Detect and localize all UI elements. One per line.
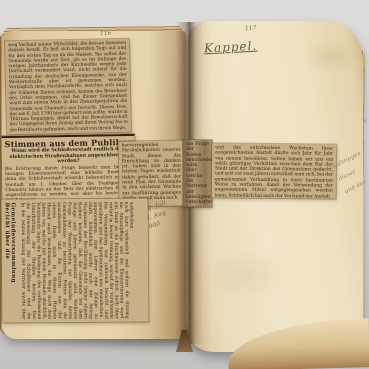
handwritten-heading-kappel: Kappel. — [204, 39, 258, 56]
clipping-fine-print: und das entschiedene Wachstum ihrer ausg… — [212, 143, 337, 198]
newspaper-clipping-stimmen: Stimmen aus dem Publikum. Wann wird die … — [1, 134, 135, 200]
gutter-fold-shadow — [183, 140, 212, 207]
newspaper-clipping-top-left: weg Verbaut seiner Mitschüler, die desse… — [5, 39, 131, 135]
photo-of-open-scrapbook: 116 weg Verbaut seiner Mitschüler, die d… — [0, 0, 369, 369]
clipping-vertical-fine-print: In der letzten Sitzung der Vertreter wur… — [2, 199, 147, 323]
clipping-body-text: Bei Erörterung dieser Frage bemerkt man … — [2, 164, 136, 200]
gutter-strip-clipping-fold-segment: die Frage der Kosten entschieden wäre, ü… — [183, 140, 212, 207]
right-page-number: 117 — [245, 25, 257, 33]
left-page-number: 116 — [100, 30, 112, 38]
gutter-strip-clipping-right-segment: und das entschiedene Wachstum ihrer ausg… — [212, 143, 337, 198]
newspaper-clipping-pasted-sideways: Bericht über die Gemeindeversammlung In … — [2, 198, 149, 322]
clipping-fine-print: weg Verbaut seiner Mitschüler, die desse… — [5, 39, 131, 135]
clipping-vertical-headline: Bericht über die Gemeindeversammlung — [4, 202, 17, 318]
